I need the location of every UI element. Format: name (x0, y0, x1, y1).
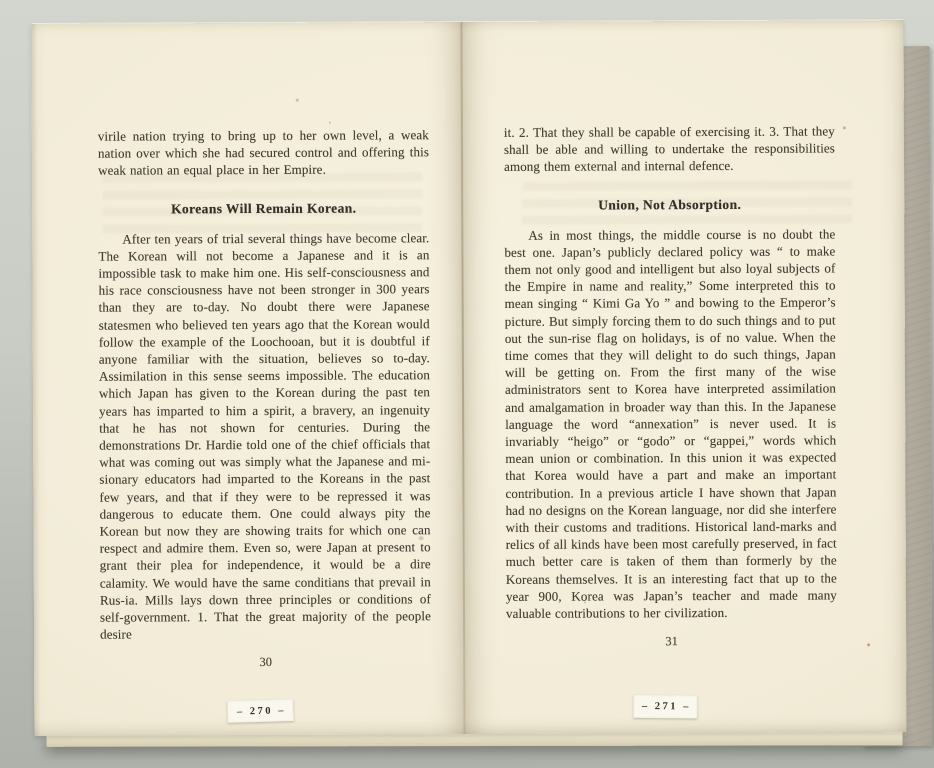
left-page-number: 30 (100, 655, 431, 671)
right-continuation-paragraph: it. 2. That they shall be capable of exe… (504, 122, 835, 175)
foxing-spot (329, 122, 331, 124)
open-pages: virile nation trying to bring up to her … (31, 20, 906, 736)
open-book: virile nation trying to bring up to her … (31, 20, 932, 750)
right-section-heading: Union, Not Absorption. (504, 195, 835, 213)
right-page-text-column: it. 2. That they shall be capable of exe… (504, 122, 837, 650)
foxing-spot (296, 99, 299, 102)
left-catalog-number-slip: – 270 – (227, 699, 294, 723)
right-body-paragraph: As in most things, the middle course is … (504, 225, 837, 622)
photograph-background: virile nation trying to bring up to her … (0, 0, 934, 768)
left-page-text-column: virile nation trying to bring up to her … (98, 126, 431, 671)
left-body-paragraph: After ten years of trial several things … (98, 229, 431, 643)
foxing-spot (843, 126, 846, 129)
left-page: virile nation trying to bring up to her … (31, 22, 464, 736)
left-continuation-paragraph: virile nation trying to bring up to her … (98, 126, 429, 179)
right-catalog-number-slip: – 271 – (633, 695, 697, 719)
left-section-heading: Koreans Will Remain Korean. (98, 199, 429, 217)
right-page: it. 2. That they shall be capable of exe… (461, 20, 906, 734)
foxing-spot (867, 643, 870, 646)
right-page-number: 31 (506, 634, 837, 650)
